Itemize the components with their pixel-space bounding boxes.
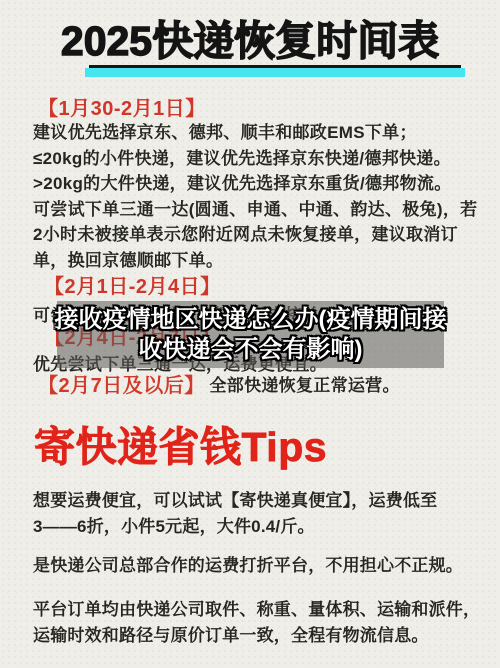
poster-page: 2025快递恢复时间表 【1月30-2月1日】 建议优先选择京东、德邦、顺丰和邮…	[0, 0, 500, 668]
pandemic-notice-overlay: 接收疫情地区快递怎么办(疫情期间接 收快递会不会有影响)	[57, 301, 444, 368]
section-1-line: >20kg的大件快递，建议优先选择京东重货/德邦物流。	[33, 171, 477, 197]
section-1-line: ≤20kg的小件快递，建议优先选择京东快递/德邦快递。	[33, 146, 477, 172]
tips-heading: 寄快递省钱Tips	[34, 425, 327, 470]
section-2-date-heading: 【2月1日-2月4日】	[44, 276, 221, 298]
overlay-title-line: 收快递会不会有影响)	[139, 335, 363, 365]
tips-paragraph-1: 想要运费便宜，可以试试【寄快递真便宜】，运费低至 3——6折，小件5元起，大件0…	[33, 488, 437, 540]
section-1-body: 建议优先选择京东、德邦、顺丰和邮政EMS下单； ≤20kg的小件快递，建议优先选…	[33, 120, 477, 274]
overlay-title-line: 接收疫情地区快递怎么办(疫情期间接	[55, 305, 447, 335]
section-4-date-heading: 【2月7日及以后】	[38, 375, 205, 397]
poster-title: 2025快递恢复时间表	[0, 17, 500, 66]
tips-line: 平台订单均由快递公司取件、称重、量体积、运输和派件，	[33, 597, 480, 623]
section-4-text: 全部快递恢复正常运营。	[209, 376, 399, 395]
tips-line: 是快递公司总部合作的运费打折平台，不用担心不正规。	[33, 553, 463, 579]
tips-paragraph-3: 平台订单均由快递公司取件、称重、量体积、运输和派件， 运输时效和路径与原价订单一…	[33, 597, 480, 649]
title-highlight-bar	[85, 68, 465, 77]
section-1-line: 单，换回京德顺邮下单。	[33, 248, 477, 274]
section-1-line: 2小时未被接单表示您附近网点未恢复接单，建议取消订	[33, 222, 477, 248]
section-1-line: 可尝试下单三通一达(圆通、申通、中通、韵达、极兔)，若	[33, 197, 477, 223]
tips-paragraph-2: 是快递公司总部合作的运费打折平台，不用担心不正规。	[33, 553, 463, 579]
tips-line: 运输时效和路径与原价订单一致，全程有物流信息。	[33, 623, 480, 649]
section-1-date-heading: 【1月30-2月1日】	[38, 98, 206, 120]
tips-line: 3——6折，小件5元起，大件0.4/斤。	[33, 514, 437, 540]
section-1-line: 建议优先选择京东、德邦、顺丰和邮政EMS下单；	[33, 120, 477, 146]
tips-line: 想要运费便宜，可以试试【寄快递真便宜】，运费低至	[33, 488, 437, 514]
section-4-row: 【2月7日及以后】 全部快递恢复正常运营。	[38, 375, 400, 397]
